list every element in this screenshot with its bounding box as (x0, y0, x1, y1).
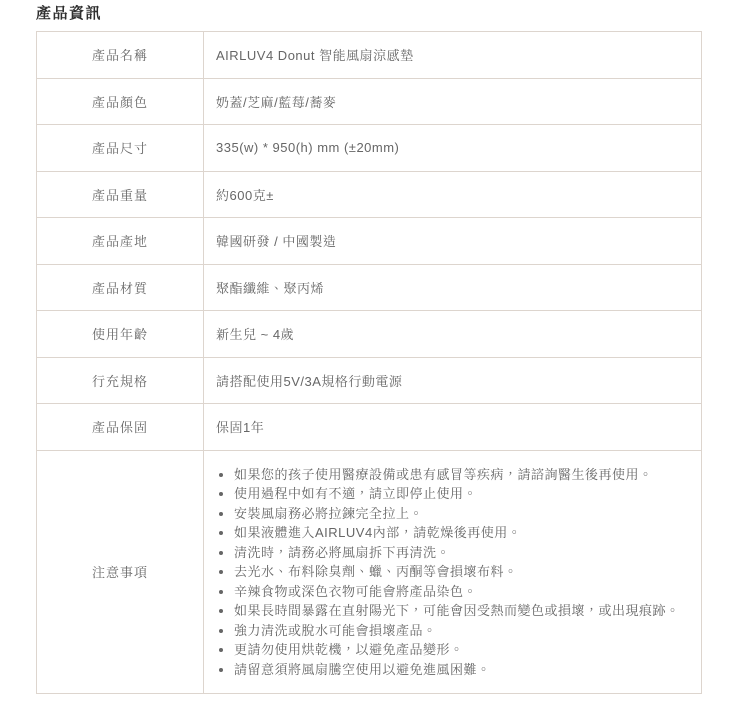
row-value: AIRLUV4 Donut 智能風扇涼感墊 (204, 32, 702, 79)
note-item: 請留意須將風扇騰空使用以避免進風困難。 (234, 660, 685, 680)
row-label: 使用年齡 (37, 311, 204, 358)
row-value: 約600克± (204, 171, 702, 218)
row-label: 產品產地 (37, 218, 204, 265)
row-value: 保固1年 (204, 404, 702, 451)
notes-label: 注意事項 (37, 450, 204, 694)
notes-row: 注意事項 如果您的孩子使用醫療設備或患有感冒等疾病，請諮詢醫生後再使用。 使用過… (37, 450, 702, 694)
product-info-table: 產品名稱 AIRLUV4 Donut 智能風扇涼感墊 產品顏色 奶蓋/芝麻/藍莓… (36, 31, 702, 694)
table-row: 產品保固 保固1年 (37, 404, 702, 451)
row-value: 新生兒 ~ 4歲 (204, 311, 702, 358)
table-row: 產品重量 約600克± (37, 171, 702, 218)
row-label: 產品材質 (37, 264, 204, 311)
page-title: 產品資訊 (36, 4, 703, 24)
row-value: 聚酯纖維、聚丙烯 (204, 264, 702, 311)
note-item: 強力清洗或脫水可能會損壞產品。 (234, 621, 685, 641)
row-label: 產品顏色 (37, 78, 204, 125)
row-label: 產品保固 (37, 404, 204, 451)
note-item: 去光水、布料除臭劑、蠟、丙酮等會損壞布料。 (234, 562, 685, 582)
note-item: 如果您的孩子使用醫療設備或患有感冒等疾病，請諮詢醫生後再使用。 (234, 465, 685, 485)
note-item: 安裝風扇務必將拉鍊完全拉上。 (234, 504, 685, 524)
row-value: 奶蓋/芝麻/藍莓/蕎麥 (204, 78, 702, 125)
row-value: 請搭配使用5V/3A規格行動電源 (204, 357, 702, 404)
note-item: 清洗時，請務必將風扇拆下再清洗。 (234, 543, 685, 563)
table-row: 產品名稱 AIRLUV4 Donut 智能風扇涼感墊 (37, 32, 702, 79)
row-value: 335(w) * 950(h) mm (±20mm) (204, 125, 702, 172)
note-item: 如果液體進入AIRLUV4內部，請乾燥後再使用。 (234, 523, 685, 543)
row-label: 產品尺寸 (37, 125, 204, 172)
note-item: 如果長時間暴露在直射陽光下，可能會因受熱而變色或損壞，或出現痕跡。 (234, 601, 685, 621)
notes-list: 如果您的孩子使用醫療設備或患有感冒等疾病，請諮詢醫生後再使用。 使用過程中如有不… (204, 451, 701, 694)
table-row: 行充規格 請搭配使用5V/3A規格行動電源 (37, 357, 702, 404)
row-label: 行充規格 (37, 357, 204, 404)
table-row: 產品產地 韓國研發 / 中國製造 (37, 218, 702, 265)
table-row: 使用年齡 新生兒 ~ 4歲 (37, 311, 702, 358)
note-item: 更請勿使用烘乾機，以避免產品變形。 (234, 640, 685, 660)
table-row: 產品材質 聚酯纖維、聚丙烯 (37, 264, 702, 311)
row-label: 產品重量 (37, 171, 204, 218)
product-info-section: 產品資訊 產品名稱 AIRLUV4 Donut 智能風扇涼感墊 產品顏色 奶蓋/… (0, 0, 732, 694)
notes-cell: 如果您的孩子使用醫療設備或患有感冒等疾病，請諮詢醫生後再使用。 使用過程中如有不… (204, 450, 702, 694)
table-row: 產品尺寸 335(w) * 950(h) mm (±20mm) (37, 125, 702, 172)
row-value: 韓國研發 / 中國製造 (204, 218, 702, 265)
note-item: 辛辣食物或深色衣物可能會將產品染色。 (234, 582, 685, 602)
note-item: 使用過程中如有不適，請立即停止使用。 (234, 484, 685, 504)
table-row: 產品顏色 奶蓋/芝麻/藍莓/蕎麥 (37, 78, 702, 125)
row-label: 產品名稱 (37, 32, 204, 79)
